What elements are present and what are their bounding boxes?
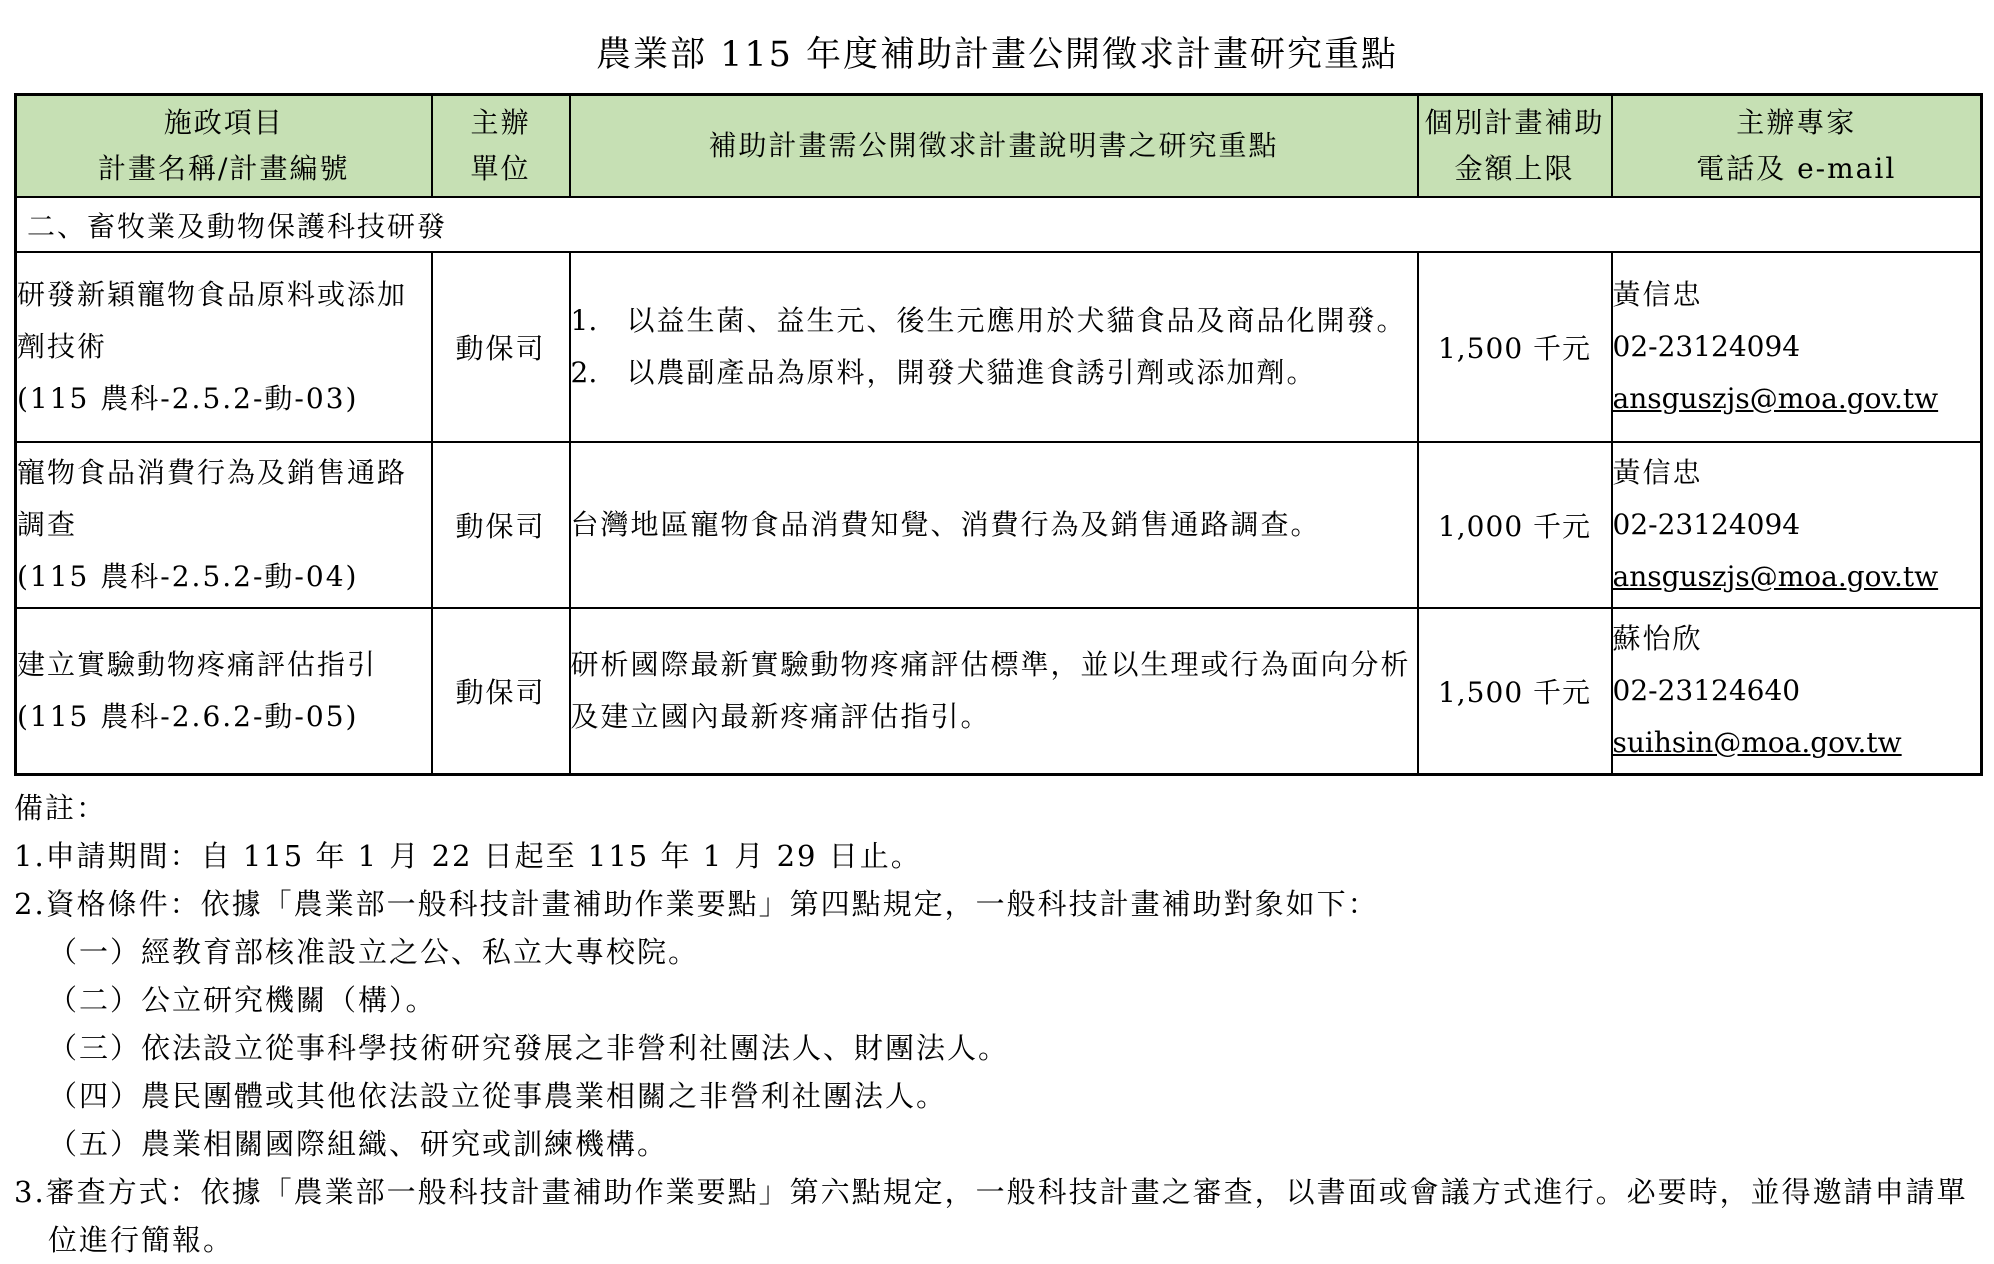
contact-cell: 黃信忠 02-23124094 ansguszjs@moa.gov.tw (1612, 252, 1982, 442)
header-unit-line2: 單位 (433, 146, 569, 192)
header-row: 施政項目 計畫名稱/計畫編號 主辦 單位 補助計畫需公開徵求計畫說明書之研究重點… (16, 95, 1982, 198)
header-expert-column: 主辦專家 電話及 e-mail (1612, 95, 1982, 198)
header-project-column: 施政項目 計畫名稱/計畫編號 (16, 95, 432, 198)
table-row: 建立實驗動物疼痛評估指引 (115 農科-2.6.2-動-05) 動保司 研析國… (16, 608, 1982, 775)
point-text: 台灣地區寵物食品消費知覺、消費行為及銷售通路調查。 (571, 499, 1417, 551)
project-code: (115 農科-2.5.2-動-03) (17, 373, 431, 425)
header-unit-line1: 主辦 (433, 100, 569, 146)
note-item: 3.審查方式：依據「農業部一般科技計畫補助作業要點」第六點規定，一般科技計畫之審… (14, 1168, 1980, 1264)
contact-phone: 02-23124094 (1613, 499, 1981, 551)
page-title: 農業部 115 年度補助計畫公開徵求計畫研究重點 (14, 0, 1980, 93)
section-title: 二、畜牧業及動物保護科技研發 (16, 197, 1982, 252)
contact-phone: 02-23124094 (1613, 321, 1981, 373)
subsidy-plan-table: 施政項目 計畫名稱/計畫編號 主辦 單位 補助計畫需公開徵求計畫說明書之研究重點… (14, 93, 1983, 776)
amount-cell: 1,500 千元 (1418, 252, 1612, 442)
header-unit-column: 主辦 單位 (432, 95, 570, 198)
note-subitem: （五）農業相關國際組織、研究或訓練機構。 (14, 1120, 1980, 1168)
project-name: 研發新穎寵物食品原料或添加劑技術 (17, 269, 431, 373)
project-code: (115 農科-2.5.2-動-04) (17, 551, 431, 603)
note-subitem: （三）依法設立從事科學技術研究發展之非營利社團法人、財團法人。 (14, 1024, 1980, 1072)
section-row: 二、畜牧業及動物保護科技研發 (16, 197, 1982, 252)
notes-section: 備註： 1.申請期間：自 115 年 1 月 22 日起至 115 年 1 月 … (14, 776, 1980, 1264)
research-points-cell: 研析國際最新實驗動物疼痛評估標準，並以生理或行為面向分析及建立國內最新疼痛評估指… (570, 608, 1418, 775)
note-item: 1.申請期間：自 115 年 1 月 22 日起至 115 年 1 月 29 日… (14, 832, 1980, 880)
notes-label: 備註： (14, 784, 1980, 832)
project-name-cell: 研發新穎寵物食品原料或添加劑技術 (115 農科-2.5.2-動-03) (16, 252, 432, 442)
contact-name: 蘇怡欣 (1613, 613, 1981, 665)
amount-cell: 1,000 千元 (1418, 442, 1612, 608)
header-amount-column: 個別計畫補助 金額上限 (1418, 95, 1612, 198)
project-name-cell: 建立實驗動物疼痛評估指引 (115 農科-2.6.2-動-05) (16, 608, 432, 775)
header-expert-line2: 電話及 e-mail (1613, 146, 1981, 192)
header-expert-line1: 主辦專家 (1613, 100, 1981, 146)
contact-cell: 黃信忠 02-23124094 ansguszjs@moa.gov.tw (1612, 442, 1982, 608)
document-page: 農業部 115 年度補助計畫公開徵求計畫研究重點 施政項目 計畫名稱/計畫編號 … (0, 0, 1994, 1264)
unit-cell: 動保司 (432, 608, 570, 775)
point-number: 2. (571, 347, 627, 399)
note-subitem: （四）農民團體或其他依法設立從事農業相關之非營利社團法人。 (14, 1072, 1980, 1120)
contact-email-link[interactable]: ansguszjs@moa.gov.tw (1613, 382, 1939, 415)
point-text: 以農副產品為原料，開發犬貓進食誘引劑或添加劑。 (627, 347, 1417, 399)
project-name: 寵物食品消費行為及銷售通路調查 (17, 447, 431, 551)
table-row: 研發新穎寵物食品原料或添加劑技術 (115 農科-2.5.2-動-03) 動保司… (16, 252, 1982, 442)
research-points-cell: 1. 以益生菌、益生元、後生元應用於犬貓食品及商品化開發。 2. 以農副產品為原… (570, 252, 1418, 442)
point-item: 2. 以農副產品為原料，開發犬貓進食誘引劑或添加劑。 (571, 347, 1417, 399)
contact-name: 黃信忠 (1613, 447, 1981, 499)
point-item: 1. 以益生菌、益生元、後生元應用於犬貓食品及商品化開發。 (571, 295, 1417, 347)
project-name-cell: 寵物食品消費行為及銷售通路調查 (115 農科-2.5.2-動-04) (16, 442, 432, 608)
research-points-cell: 台灣地區寵物食品消費知覺、消費行為及銷售通路調查。 (570, 442, 1418, 608)
header-project-line1: 施政項目 (17, 100, 431, 146)
point-text: 以益生菌、益生元、後生元應用於犬貓食品及商品化開發。 (627, 295, 1417, 347)
point-number: 1. (571, 295, 627, 347)
point-text: 研析國際最新實驗動物疼痛評估標準，並以生理或行為面向分析及建立國內最新疼痛評估指… (571, 639, 1417, 743)
unit-cell: 動保司 (432, 442, 570, 608)
header-project-line2: 計畫名稱/計畫編號 (17, 146, 431, 192)
project-code: (115 農科-2.6.2-動-05) (17, 691, 431, 743)
header-research-points-column: 補助計畫需公開徵求計畫說明書之研究重點 (570, 95, 1418, 198)
note-subitem: （二）公立研究機關（構）。 (14, 976, 1980, 1024)
contact-email-link[interactable]: ansguszjs@moa.gov.tw (1613, 560, 1939, 593)
contact-email-link[interactable]: suihsin@moa.gov.tw (1613, 726, 1902, 759)
project-name: 建立實驗動物疼痛評估指引 (17, 639, 431, 691)
table-row: 寵物食品消費行為及銷售通路調查 (115 農科-2.5.2-動-04) 動保司 … (16, 442, 1982, 608)
note-subitem: （一）經教育部核准設立之公、私立大專校院。 (14, 928, 1980, 976)
contact-name: 黃信忠 (1613, 269, 1981, 321)
contact-phone: 02-23124640 (1613, 665, 1981, 717)
unit-cell: 動保司 (432, 252, 570, 442)
note-item: 2.資格條件：依據「農業部一般科技計畫補助作業要點」第四點規定，一般科技計畫補助… (14, 880, 1980, 928)
amount-cell: 1,500 千元 (1418, 608, 1612, 775)
header-amount-line2: 金額上限 (1419, 146, 1611, 192)
header-amount-line1: 個別計畫補助 (1419, 100, 1611, 146)
contact-cell: 蘇怡欣 02-23124640 suihsin@moa.gov.tw (1612, 608, 1982, 775)
